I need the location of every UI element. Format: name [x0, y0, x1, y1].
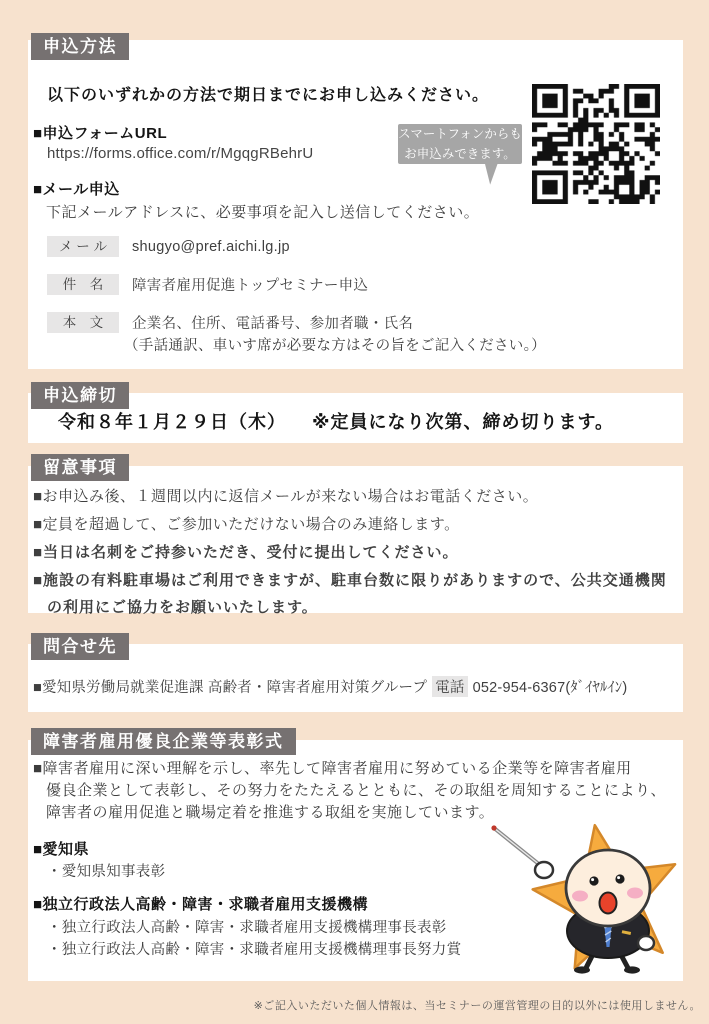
- award-jeed-item1: ・独立行政法人高齢・障害・求職者雇用支援機構理事長表彰: [47, 916, 447, 937]
- contact-line: ■愛知県労働局就業促進課 高齢者・障害者雇用対策グループ 電話 052-954-…: [33, 676, 627, 697]
- note-item-1: ■お申込み後、１週間以内に返信メールが来ない場合はお電話ください。: [33, 485, 538, 506]
- notes-header: 留意事項: [31, 454, 129, 481]
- award-aichi-label: ■愛知県: [33, 838, 89, 859]
- smartphone-speech-bubble: スマートフォンからも お申込みできます。: [398, 124, 522, 164]
- award-desc-line3: 障害者の雇用促進と職場定着を推進する取組を実施しています。: [46, 801, 494, 822]
- note-item-2: ■定員を超過して、ご参加いただけない場合のみ連絡します。: [33, 513, 460, 534]
- award-aichi-item: ・愛知県知事表彰: [47, 860, 165, 881]
- body-field-row: 本 文 企業名、住所、電話番号、参加者職・氏名: [47, 312, 413, 333]
- subject-field-row: 件 名 障害者雇用促進トップセミナー申込: [47, 274, 368, 295]
- mail-field-value: shugyo@pref.aichi.lg.jp: [132, 239, 290, 255]
- deadline-note: ※定員になり次第、締め切ります。: [312, 412, 614, 432]
- form-url-label: ■申込フォームURL: [33, 122, 167, 143]
- bubble-line1: スマートフォンからも: [398, 124, 522, 144]
- body-field-label: 本 文: [47, 312, 119, 333]
- mascot-star-icon: [476, 795, 691, 985]
- qr-code: [532, 84, 660, 204]
- bubble-line2: お申込みできます。: [398, 144, 522, 164]
- deadline-header: 申込締切: [31, 382, 129, 409]
- body-field-value: 企業名、住所、電話番号、参加者職・氏名: [132, 312, 413, 333]
- mail-field-label: メ ー ル: [47, 236, 119, 257]
- contact-header: 問合せ先: [31, 633, 129, 660]
- contact-phone-number: 052-954-6367(ﾀﾞｲﾔﾙｲﾝ): [473, 676, 628, 697]
- award-jeed-item2: ・独立行政法人高齢・障害・求職者雇用支援機構理事長努力賞: [47, 938, 461, 959]
- deadline-line: 令和８年１月２９日（木）※定員になり次第、締め切ります。: [58, 408, 614, 434]
- note-item-4-cont: の利用にご協力をお願いいたします。: [47, 596, 318, 617]
- deadline-date: 令和８年１月２９日（木）: [58, 412, 286, 432]
- note-item-4: ■施設の有料駐車場はご利用できますが、駐車台数に限りがありますので、公共交通機関: [33, 569, 667, 590]
- apply-intro-text: 以下のいずれかの方法で期日までにお申し込みください。: [47, 82, 489, 105]
- award-jeed-label: ■独立行政法人高齢・障害・求職者雇用支援機構: [33, 893, 368, 914]
- contact-org: ■愛知県労働局就業促進課 高齢者・障害者雇用対策グループ: [33, 676, 427, 697]
- subject-field-value: 障害者雇用促進トップセミナー申込: [132, 274, 368, 295]
- contact-phone-label: 電話: [432, 676, 467, 697]
- award-header: 障害者雇用優良企業等表彰式: [31, 728, 296, 755]
- mail-apply-label: ■メール申込: [33, 178, 120, 199]
- apply-method-header: 申込方法: [31, 33, 129, 60]
- form-url-text: https://forms.office.com/r/MgqgRBehrU: [47, 145, 313, 162]
- note-item-3: ■当日は名刺をご持参いただき、受付に提出してください。: [33, 541, 458, 562]
- mail-field-row: メ ー ル shugyo@pref.aichi.lg.jp: [47, 236, 290, 257]
- flyer-page: 申込方法 以下のいずれかの方法で期日までにお申し込みください。 ■申込フォームU…: [0, 0, 709, 1024]
- subject-field-label: 件 名: [47, 274, 119, 295]
- mail-apply-note: 下記メールアドレスに、必要事項を記入し送信してください。: [46, 201, 479, 222]
- award-desc-line1: ■障害者雇用に深い理解を示し、率先して障害者雇用に努めている企業等を障害者雇用: [33, 757, 632, 778]
- privacy-note: ※ご記入いただいた個人情報は、当セミナーの運営管理の目的以外には使用しません。: [254, 997, 701, 1013]
- body-field-value2: （手話通訳、車いす席が必要な方はその旨をご記入ください。）: [124, 334, 546, 355]
